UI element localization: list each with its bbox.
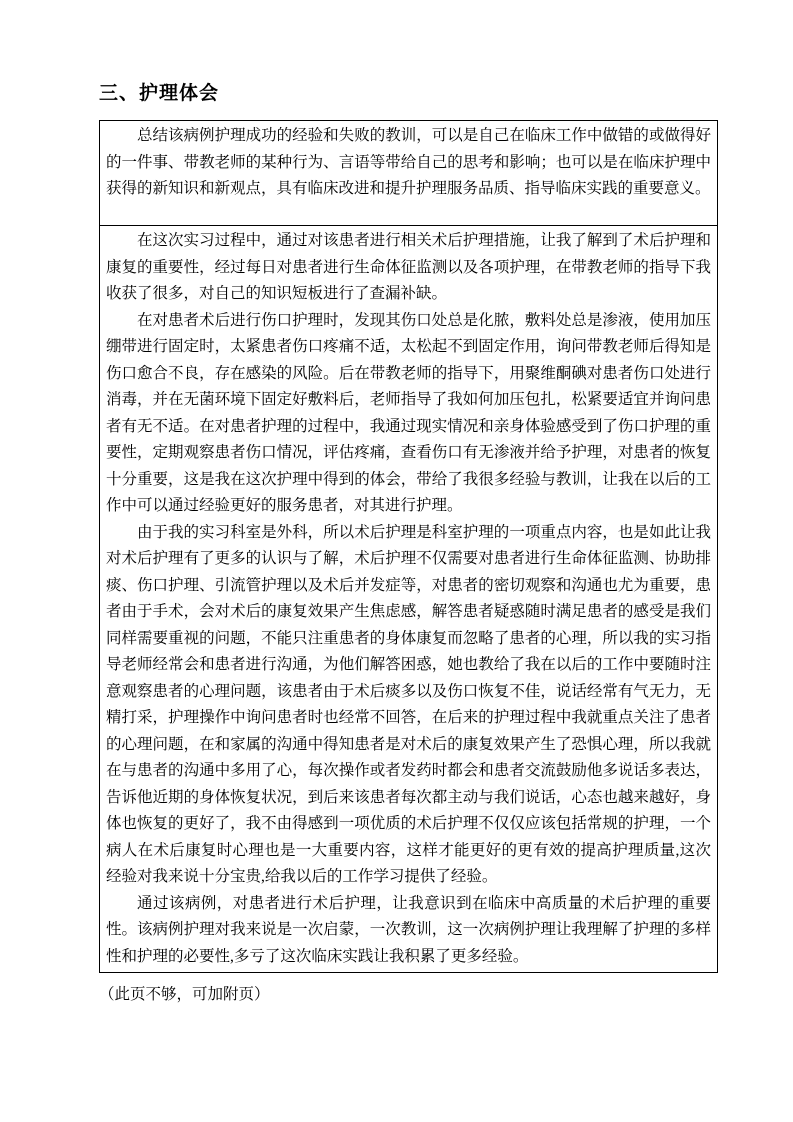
document-page: 三、护理体会 总结该病例护理成功的经验和失败的教训，可以是自己在临床工作中做错的… <box>0 0 793 1122</box>
footer-note: （此页不够，可加附页） <box>99 982 270 1009</box>
table-cell-intro: 总结该病例护理成功的经验和失败的教训，可以是自己在临床工作中做错的或做得好的一件… <box>100 121 718 226</box>
body-paragraph: 在对患者术后进行伤口护理时，发现其伤口处总是化脓，敷料处总是渗液，使用加压绷带进… <box>106 308 711 520</box>
intro-paragraph: 总结该病例护理成功的经验和失败的教训，可以是自己在临床工作中做错的或做得好的一件… <box>106 123 711 203</box>
body-paragraph: 通过该病例，对患者进行术后护理，让我意识到在临床中高质量的术后护理的重要性。该病… <box>106 891 711 971</box>
body-paragraph: 由于我的实习科室是外科，所以术后护理是科室护理的一项重点内容，也是如此让我对术后… <box>106 520 711 891</box>
table-row: 在这次实习过程中，通过对该患者进行相关术后护理措施，让我了解到了术后护理和康复的… <box>100 226 718 973</box>
experience-table: 总结该病例护理成功的经验和失败的教训，可以是自己在临床工作中做错的或做得好的一件… <box>99 120 718 973</box>
body-paragraph: 在这次实习过程中，通过对该患者进行相关术后护理措施，让我了解到了术后护理和康复的… <box>106 228 711 308</box>
table-cell-body: 在这次实习过程中，通过对该患者进行相关术后护理措施，让我了解到了术后护理和康复的… <box>100 226 718 973</box>
page-title: 三、护理体会 <box>99 78 219 105</box>
table-row: 总结该病例护理成功的经验和失败的教训，可以是自己在临床工作中做错的或做得好的一件… <box>100 121 718 226</box>
